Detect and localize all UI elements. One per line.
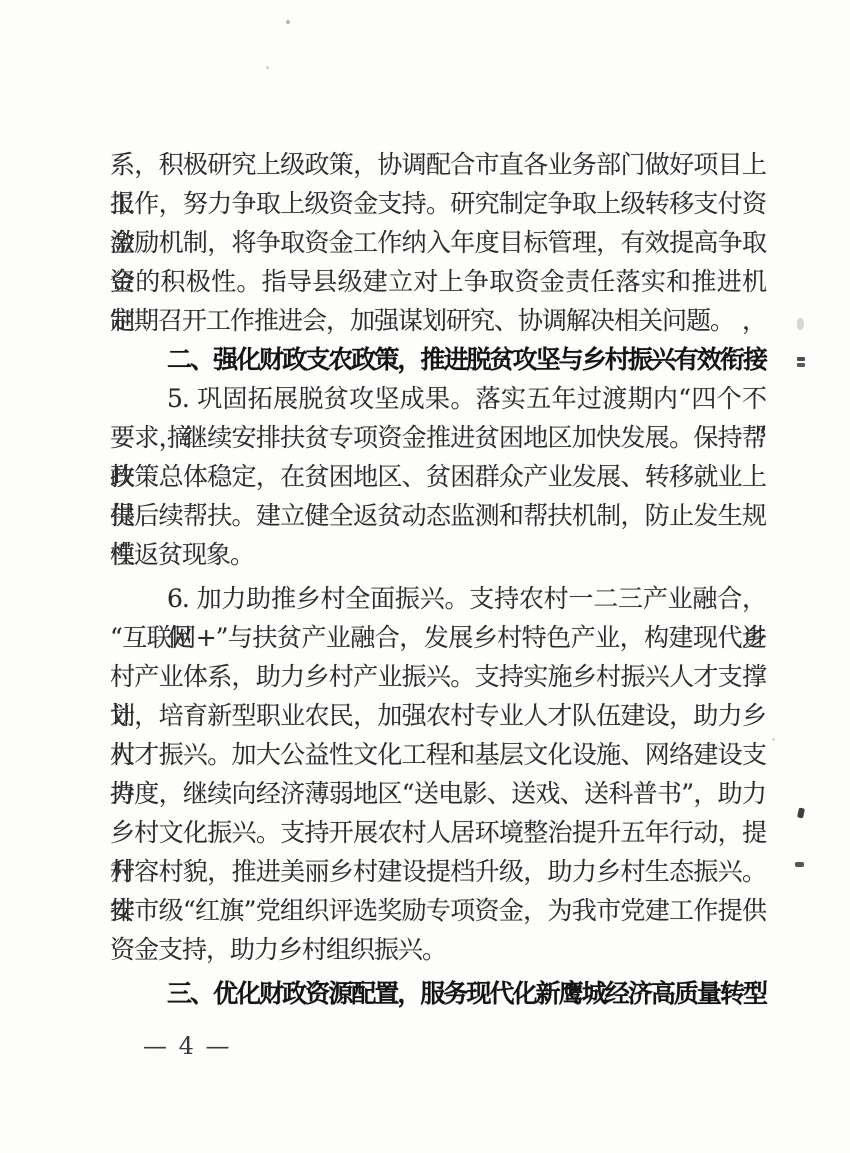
text-line: 政策总体稳定，在贫困地区、贫困群众产业发展、转移就业上提	[110, 457, 766, 496]
text-line: 金的积极性。指导县级建立对上争取资金责任落实和推进机制，	[110, 262, 766, 301]
text-line: 定期召开工作推进会，加强谋划研究、协调解决相关问题。	[110, 301, 766, 340]
paragraph: 5. 巩固拓展脱贫攻坚成果。落实五年过渡期内“四个不摘”要求，继续安排扶贫专项资…	[110, 379, 766, 574]
text-line: 性返贫现象。	[110, 535, 766, 574]
text-line: 资金支持，助力乡村组织振兴。	[110, 930, 766, 969]
scan-artifact	[795, 862, 804, 867]
text-line: 工作，努力争取上级资金支持。研究制定争取上级转移支付资金	[110, 184, 766, 223]
text-line: 村产业体系，助力乡村产业振兴。支持实施乡村振兴人才支撑计	[110, 657, 766, 696]
text-line: 村容村貌，推进美丽乡村建设提档升级，助力乡村生态振兴。安	[110, 852, 766, 891]
text-line: 6. 加力助推乡村全面振兴。支持农村一二三产业融合，促进	[110, 579, 766, 618]
scan-artifact	[797, 807, 805, 818]
text-line: 人才振兴。加大公益性文化工程和基层文化设施、网络建设支持	[110, 735, 766, 774]
page-number: — 4 —	[143, 1032, 232, 1060]
heading-line: 二、强化财政支农政策，推进脱贫攻坚与乡村振兴有效衔接	[110, 340, 766, 379]
heading-line: 三、优化财政资源配置，服务现代化新鹰城经济高质量转型	[110, 974, 766, 1013]
scan-artifact	[286, 20, 290, 24]
text-line: 要求，继续安排扶贫专项资金推进贫困地区加快发展。保持帮扶	[110, 418, 766, 457]
document-page: 系，积极研究上级政策，协调配合市直各业务部门做好项目上报工作，努力争取上级资金支…	[0, 0, 850, 1153]
scan-artifact	[797, 357, 805, 361]
scan-artifact	[772, 738, 775, 741]
scan-artifact	[266, 66, 269, 69]
text-line: 供后续帮扶。建立健全返贫动态监测和帮扶机制，防止发生规模	[110, 496, 766, 535]
paragraph: 系，积极研究上级政策，协调配合市直各业务部门做好项目上报工作，努力争取上级资金支…	[110, 145, 766, 340]
text-line: 划，培育新型职业农民，加强农村专业人才队伍建设，助力乡村	[110, 696, 766, 735]
text-line: 力度，继续向经济薄弱地区“送电影、送戏、送科普书”，助力	[110, 774, 766, 813]
section-heading: 三、优化财政资源配置，服务现代化新鹰城经济高质量转型	[110, 974, 766, 1013]
text-line: 系，积极研究上级政策，协调配合市直各业务部门做好项目上报	[110, 145, 766, 184]
text-line: 排市级“红旗”党组织评选奖励专项资金，为我市党建工作提供	[110, 891, 766, 930]
text-line: 5. 巩固拓展脱贫攻坚成果。落实五年过渡期内“四个不摘”	[110, 379, 766, 418]
document-body: 系，积极研究上级政策，协调配合市直各业务部门做好项目上报工作，努力争取上级资金支…	[110, 145, 766, 1013]
text-line: “互联网+”与扶贫产业融合，发展乡村特色产业，构建现代乡	[110, 618, 766, 657]
text-line: 激励机制，将争取资金工作纳入年度目标管理，有效提高争取资	[110, 223, 766, 262]
scan-artifact	[797, 318, 804, 330]
section-heading: 二、强化财政支农政策，推进脱贫攻坚与乡村振兴有效衔接	[110, 340, 766, 379]
text-line: 乡村文化振兴。支持开展农村人居环境整治提升五年行动，提升	[110, 813, 766, 852]
paragraph: 6. 加力助推乡村全面振兴。支持农村一二三产业融合，促进“互联网+”与扶贫产业融…	[110, 579, 766, 969]
